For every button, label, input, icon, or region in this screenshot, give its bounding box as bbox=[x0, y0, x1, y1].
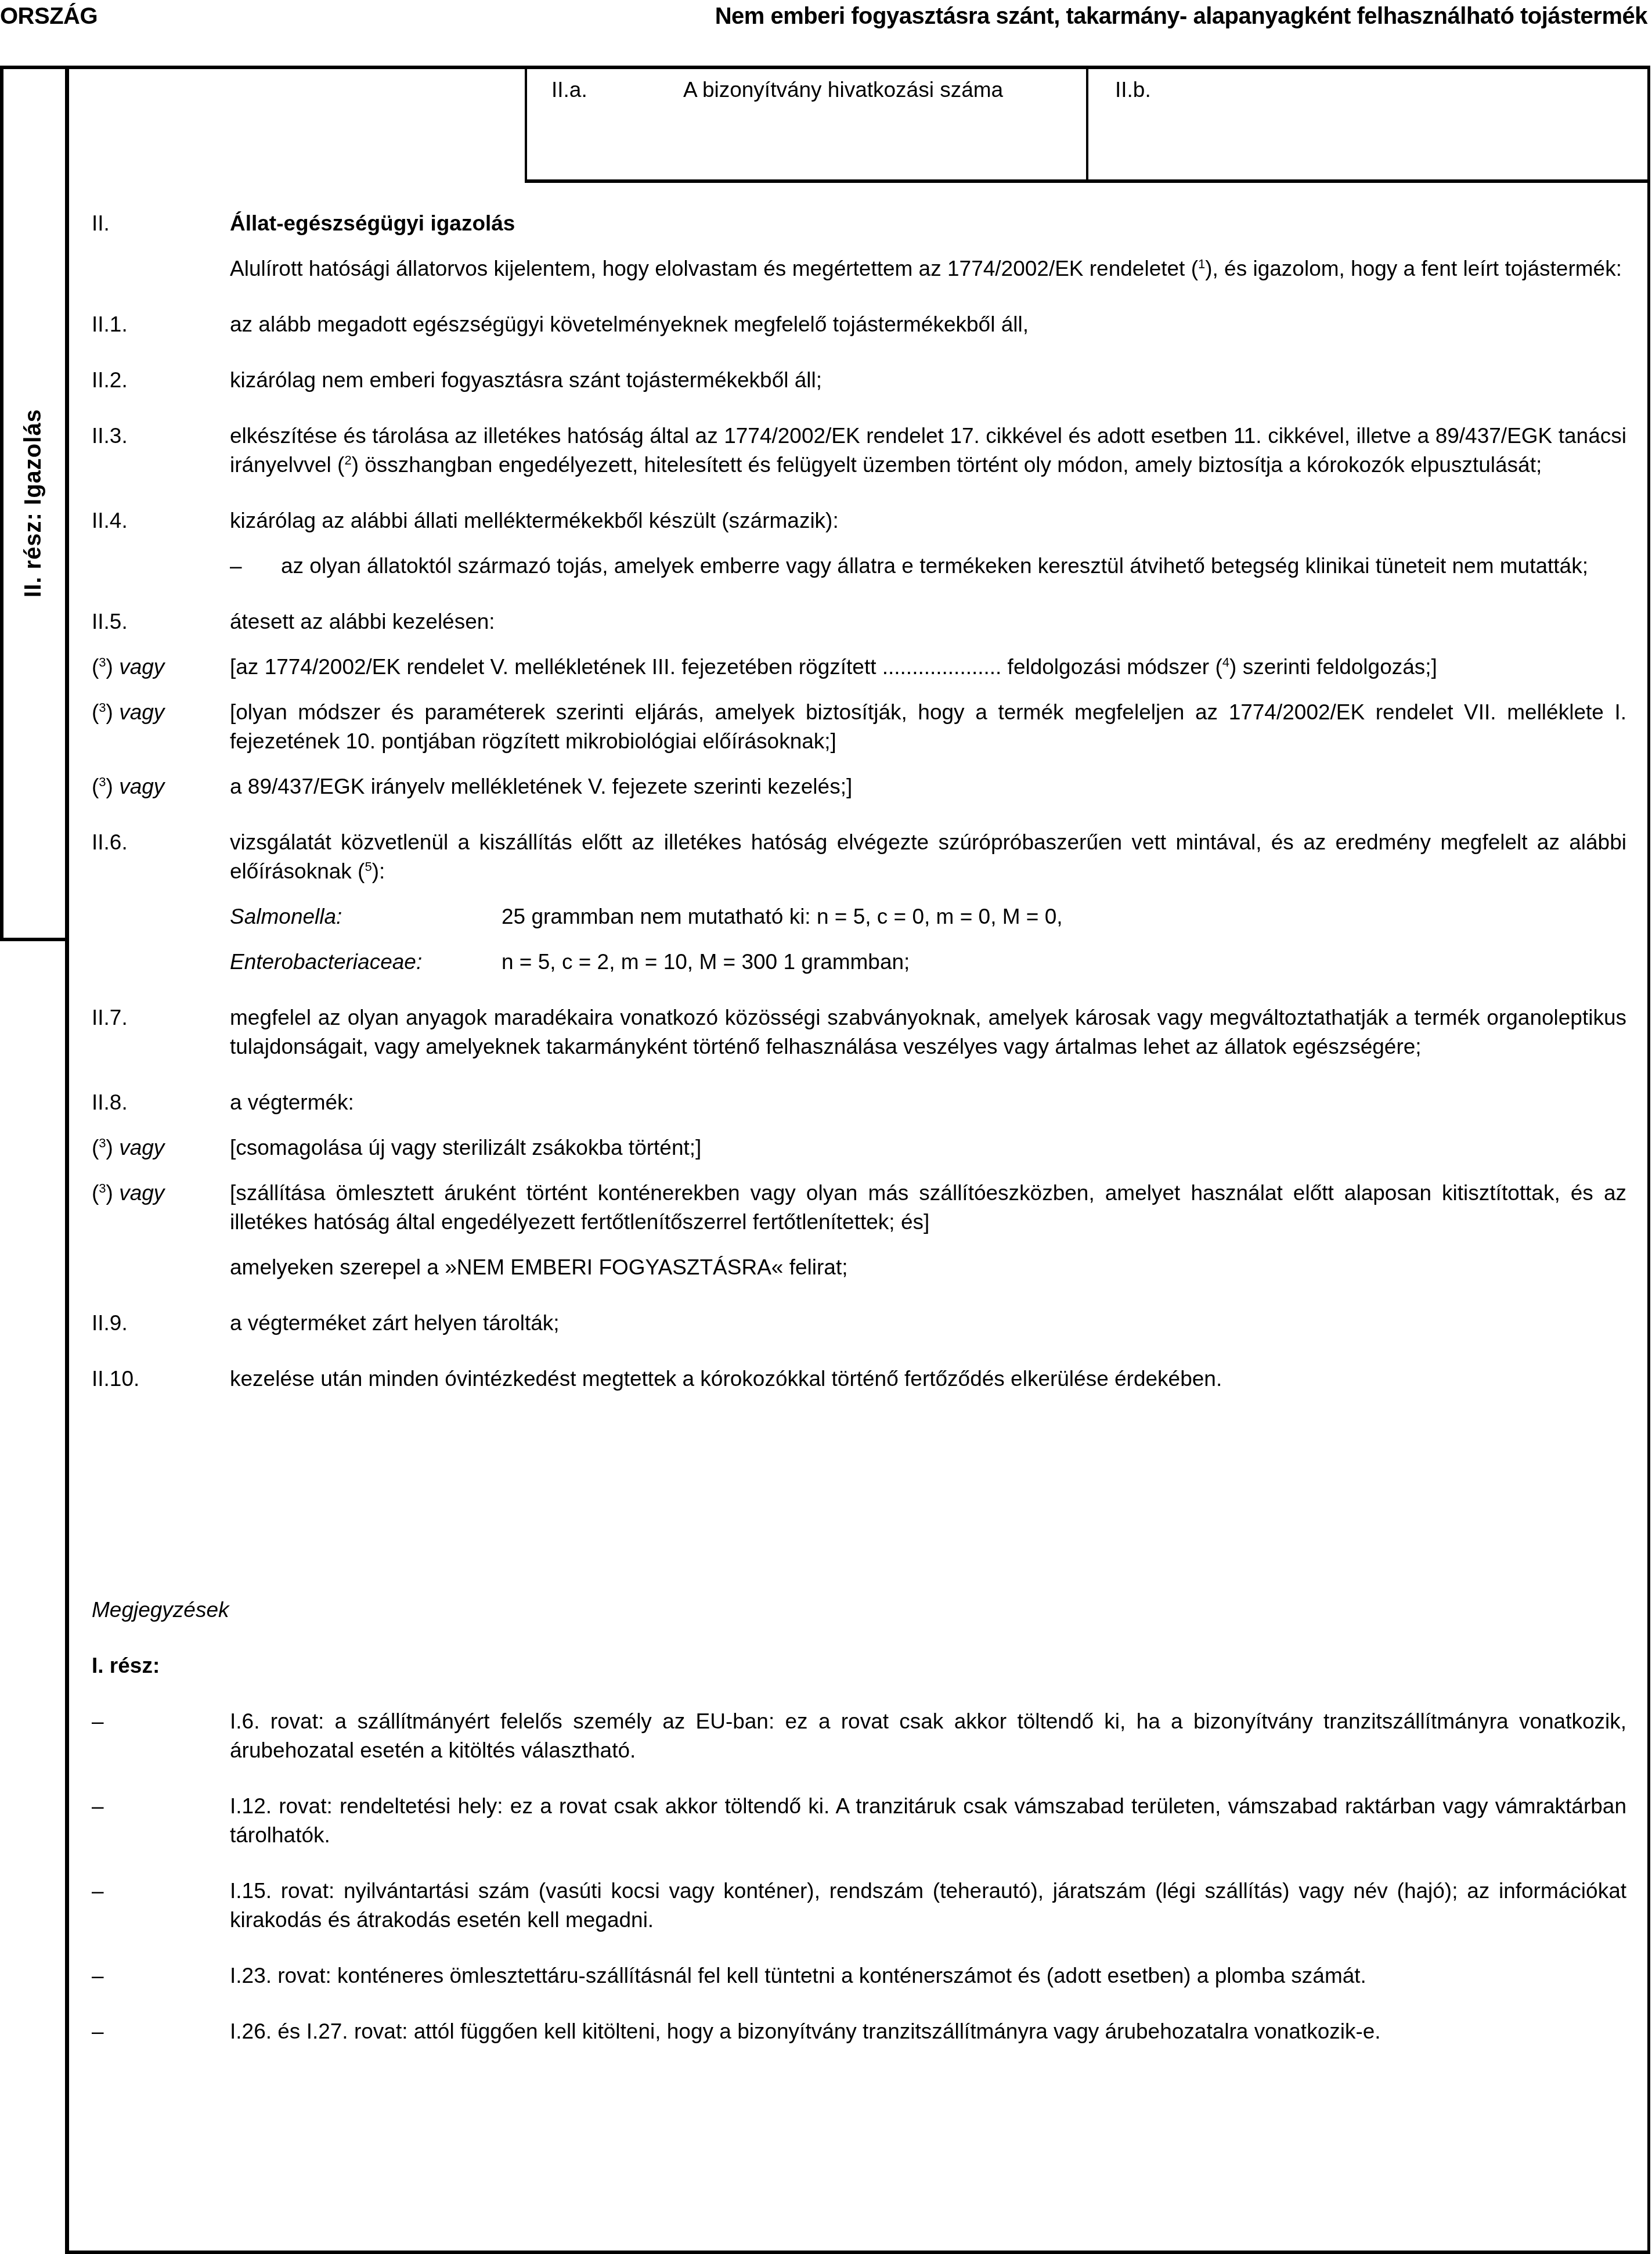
option-text: [csomagolása új vagy sterilizált zsákokb… bbox=[230, 1133, 1626, 1162]
labelling-row: amelyeken szerepel a »NEM EMBERI FOGYASZ… bbox=[92, 1253, 1626, 1282]
note-dash: – bbox=[92, 2017, 230, 2046]
clause-text: kezelése után minden óvintézkedést megte… bbox=[230, 1364, 1626, 1394]
sidebar-section-label: II. rész: Igazolás bbox=[2, 66, 64, 939]
note-text: I.15. rovat: nyilvántartási szám (vasúti… bbox=[230, 1877, 1626, 1935]
option-text: [az 1774/2002/EK rendelet V. mellékletén… bbox=[230, 653, 1626, 682]
frame-top-border bbox=[0, 66, 1650, 69]
frame-bottom-border bbox=[65, 2251, 1650, 2254]
criterion-value: 25 grammban nem mutatható ki: n = 5, c =… bbox=[502, 902, 1063, 931]
criterion-value: n = 5, c = 2, m = 10, M = 300 1 grammban… bbox=[502, 948, 910, 977]
clause-ii9: II.9. a végterméket zárt helyen tárolták… bbox=[92, 1309, 1626, 1338]
criterion-salmonella: Salmonella: 25 grammban nem mutatható ki… bbox=[230, 902, 1626, 931]
notes-part-label: I. rész: bbox=[92, 1651, 1626, 1680]
clause-code: II.9. bbox=[92, 1309, 230, 1338]
note-dash: – bbox=[92, 1961, 230, 1990]
footnote-ref-5: 5 bbox=[365, 859, 371, 874]
clause-code: II.7. bbox=[92, 1003, 230, 1032]
note-text: I.23. rovat: konténeres ömlesztettáru-sz… bbox=[230, 1961, 1626, 1990]
note-entry: – I.6. rovat: a szállítmányért felelős s… bbox=[92, 1707, 1626, 1765]
criterion-organism: Enterobacteriaceae: bbox=[230, 948, 502, 977]
refbox-divider bbox=[1086, 66, 1088, 182]
clause-code: II.5. bbox=[92, 607, 230, 636]
clause-ii5: II.5. átesett az alábbi kezelésen: bbox=[92, 607, 1626, 636]
footnote-ref-4: 4 bbox=[1222, 655, 1229, 669]
clause-ii3: II.3. elkészítése és tárolása az illeték… bbox=[92, 422, 1626, 480]
clause-text: az alább megadott egészségügyi követelmé… bbox=[230, 310, 1626, 339]
footnote-ref-2: 2 bbox=[344, 453, 351, 467]
refbox-left-border bbox=[525, 66, 527, 182]
option-text: [olyan módszer és paraméterek szerinti e… bbox=[230, 698, 1626, 756]
notes-heading: Megjegyzések bbox=[92, 1596, 1626, 1625]
clause-text: átesett az alábbi kezelésen: bbox=[230, 607, 1626, 636]
option-marker: (3) vagy bbox=[92, 698, 230, 727]
ref-field-a-input[interactable] bbox=[528, 107, 1084, 177]
ref-field-b-input[interactable] bbox=[1090, 107, 1646, 177]
clause-code: II.1. bbox=[92, 310, 230, 339]
note-entry: – I.23. rovat: konténeres ömlesztettáru-… bbox=[92, 1961, 1626, 1990]
clause-ii4: II.4. kizárólag az alábbi állati mellékt… bbox=[92, 506, 1626, 581]
clause-text: kizárólag az alábbi állati mellékterméke… bbox=[230, 506, 1626, 535]
clause-bullet: – az olyan állatoktól származó tojás, am… bbox=[230, 552, 1626, 581]
note-dash: – bbox=[92, 1707, 230, 1736]
clause-ii1: II.1. az alább megadott egészségügyi köv… bbox=[92, 310, 1626, 339]
frame-right-border bbox=[1647, 66, 1650, 2253]
option-row[interactable]: (3) vagy a 89/437/EGK irányelv melléklet… bbox=[92, 772, 1626, 801]
bullet-dash: – bbox=[230, 552, 281, 581]
clause-text: vizsgálatát közvetlenül a kiszállítás el… bbox=[230, 828, 1626, 886]
option-marker: (3) vagy bbox=[92, 772, 230, 801]
clause-code: II.10. bbox=[92, 1364, 230, 1394]
bullet-text: az olyan állatoktól származó tojás, amel… bbox=[281, 552, 1626, 581]
clause-code: II.2. bbox=[92, 366, 230, 395]
note-entry: – I.15. rovat: nyilvántartási szám (vasú… bbox=[92, 1877, 1626, 1935]
document-title: Nem emberi fogyasztásra szánt, takarmány… bbox=[715, 0, 1647, 33]
clause-ii10: II.10. kezelése után minden óvintézkedés… bbox=[92, 1364, 1626, 1394]
note-text: I.6. rovat: a szállítmányért felelős sze… bbox=[230, 1707, 1626, 1765]
option-row[interactable]: (3) vagy [csomagolása új vagy sterilizál… bbox=[92, 1133, 1626, 1162]
ref-field-b-code: II.b. bbox=[1115, 75, 1151, 105]
option-row[interactable]: (3) vagy [szállítása ömlesztett áruként … bbox=[92, 1179, 1626, 1237]
option-row[interactable]: (3) vagy [olyan módszer és paraméterek s… bbox=[92, 698, 1626, 756]
refbox-bottom-border bbox=[525, 179, 1650, 183]
clause-code: II.3. bbox=[92, 422, 230, 451]
clause-ii8: II.8. a végtermék: bbox=[92, 1088, 1626, 1117]
clause-ii7: II.7. megfelel az olyan anyagok maradéka… bbox=[92, 1003, 1626, 1061]
option-text: [szállítása ömlesztett áruként történt k… bbox=[230, 1179, 1626, 1237]
clause-text: elkészítése és tárolása az illetékes hat… bbox=[230, 422, 1626, 480]
clause-code: II.4. bbox=[92, 506, 230, 535]
intro-row: Alulírott hatósági állatorvos kijelentem… bbox=[92, 254, 1626, 283]
labelling-text: amelyeken szerepel a »NEM EMBERI FOGYASZ… bbox=[230, 1253, 1626, 1282]
clause-ii2: II.2. kizárólag nem emberi fogyasztásra … bbox=[92, 366, 1626, 395]
clause-code: II.6. bbox=[92, 828, 230, 857]
section-heading-row: II. Állat-egészségügyi igazolás bbox=[92, 209, 1626, 238]
note-text: I.12. rovat: rendeltetési hely: ez a rov… bbox=[230, 1792, 1626, 1850]
ref-field-a-code: II.a. bbox=[551, 75, 587, 105]
frame-left-border bbox=[65, 66, 69, 2253]
clause-text: megfelel az olyan anyagok maradékaira vo… bbox=[230, 1003, 1626, 1061]
section-label-text: II. rész: Igazolás bbox=[20, 409, 46, 597]
ref-field-a-label: A bizonyítvány hivatkozási száma bbox=[683, 75, 1003, 105]
note-text: I.26. és I.27. rovat: attól függően kell… bbox=[230, 2017, 1626, 2046]
footnote-ref-1: 1 bbox=[1198, 257, 1205, 271]
note-entry: – I.12. rovat: rendeltetési hely: ez a r… bbox=[92, 1792, 1626, 1850]
option-marker: (3) vagy bbox=[92, 1133, 230, 1162]
section-code: II. bbox=[92, 209, 230, 238]
clause-ii6: II.6. vizsgálatát közvetlenül a kiszállí… bbox=[92, 828, 1626, 977]
criterion-enterobacteriaceae: Enterobacteriaceae: n = 5, c = 2, m = 10… bbox=[230, 948, 1626, 977]
section-title: Állat-egészségügyi igazolás bbox=[230, 209, 1626, 238]
note-entry: – I.26. és I.27. rovat: attól függően ke… bbox=[92, 2017, 1626, 2046]
clause-text: a végtermék: bbox=[230, 1088, 1626, 1117]
clause-code: II.8. bbox=[92, 1088, 230, 1117]
option-marker: (3) vagy bbox=[92, 1179, 230, 1208]
option-marker: (3) vagy bbox=[92, 653, 230, 682]
note-dash: – bbox=[92, 1877, 230, 1906]
option-row[interactable]: (3) vagy [az 1774/2002/EK rendelet V. me… bbox=[92, 653, 1626, 682]
option-text: a 89/437/EGK irányelv mellékletének V. f… bbox=[230, 772, 1626, 801]
clause-text: kizárólag nem emberi fogyasztásra szánt … bbox=[230, 366, 1626, 395]
criterion-organism: Salmonella: bbox=[230, 902, 502, 931]
intro-text: Alulírott hatósági állatorvos kijelentem… bbox=[230, 254, 1626, 283]
country-label: ORSZÁG bbox=[0, 0, 98, 33]
certification-body: II. Állat-egészségügyi igazolás Alulírot… bbox=[92, 209, 1626, 2046]
clause-text: a végterméket zárt helyen tárolták; bbox=[230, 1309, 1626, 1338]
note-dash: – bbox=[92, 1792, 230, 1821]
